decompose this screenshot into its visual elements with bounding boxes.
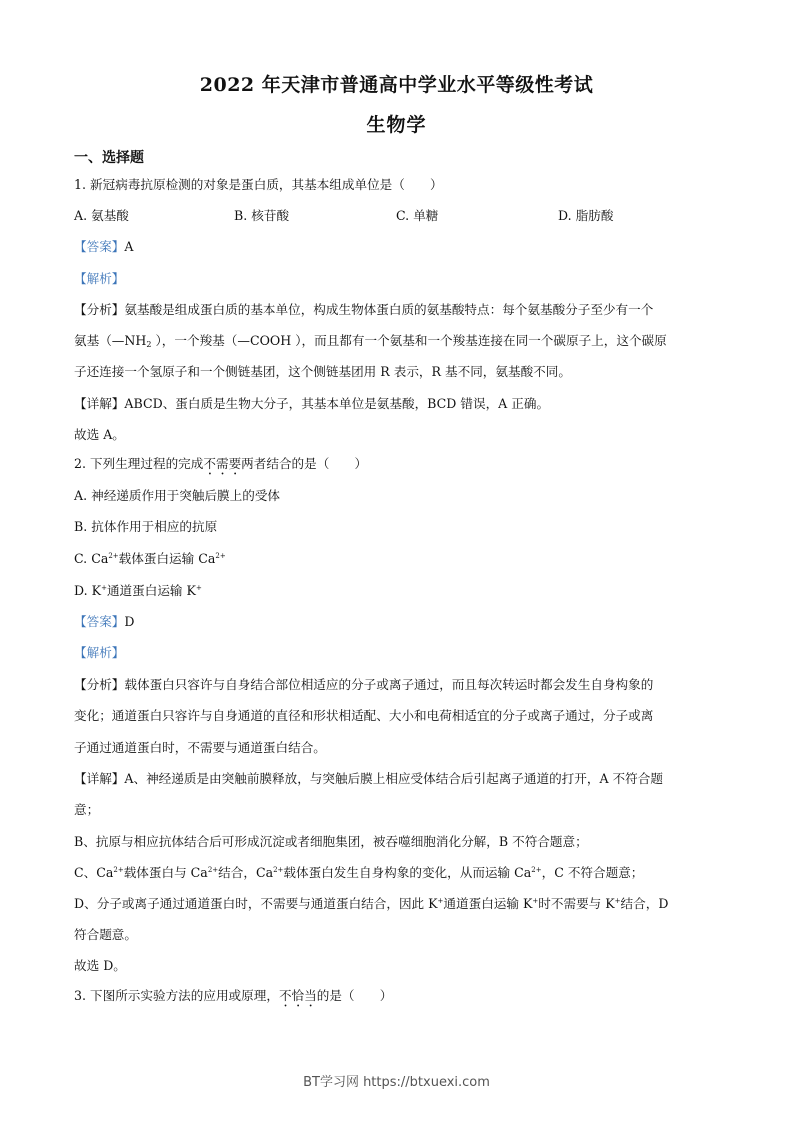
q1-fenxi-line-1: 【分析】氨基酸是组成蛋白质的基本单位，构成生物体蛋白质的氨基酸特点：每个氨基酸分… bbox=[74, 302, 653, 318]
question-1-stem: 1. 新冠病毒抗原检测的对象是蛋白质，其基本组成单位是（ ） bbox=[74, 177, 443, 193]
question-2-stem: 2. 下列生理过程的完成不需要两者结合的是（ ） bbox=[74, 456, 367, 478]
fenxi-tag: 【分析】 bbox=[74, 677, 124, 692]
q2-xiangjie-a-line-2: 意； bbox=[74, 802, 99, 818]
q1-option-a: A. 氨基酸 bbox=[74, 208, 129, 224]
q2-xiangjie-a-line-1: 【详解】A、神经递质是由突触前膜释放，与突触后膜上相应受体结合后引起离子通道的打… bbox=[74, 771, 663, 787]
q1-analysis-tag: 【解析】 bbox=[74, 271, 124, 287]
q1-conclusion: 故选 A。 bbox=[74, 427, 125, 443]
analysis-tag: 【解析】 bbox=[74, 271, 124, 286]
q2-xiangjie-d-line-1: D、分子或离子通过通道蛋白时，不需要与通道蛋白结合，因此 K+通道蛋白运输 K+… bbox=[74, 896, 668, 912]
answer-tag: 【答案】 bbox=[74, 614, 124, 629]
q1-option-b: B. 核苷酸 bbox=[234, 208, 289, 224]
q2-answer: 【答案】D bbox=[74, 614, 134, 630]
q2-analysis-tag: 【解析】 bbox=[74, 645, 124, 661]
q1-answer: 【答案】A bbox=[74, 239, 133, 255]
q2-option-b: B. 抗体作用于相应的抗原 bbox=[74, 519, 217, 535]
fenxi-tag: 【分析】 bbox=[74, 302, 124, 317]
q2-option-d: D. K+通道蛋白运输 K+ bbox=[74, 583, 202, 599]
answer-value: D bbox=[124, 614, 134, 629]
q1-fenxi-line-2: 氨基（—NH2 ），一个羧基（—COOH ），而且都有一个氨基和一个羧基连接在同… bbox=[74, 333, 667, 349]
answer-tag: 【答案】 bbox=[74, 239, 124, 254]
xiangjie-tag: 【详解】 bbox=[74, 396, 124, 411]
section-heading: 一、选择题 bbox=[74, 150, 144, 166]
q1-option-c: C. 单糖 bbox=[396, 208, 438, 224]
analysis-tag: 【解析】 bbox=[74, 645, 124, 660]
q2-xiangjie-b: B、抗原与相应抗体结合后可形成沉淀或者细胞集团，被吞噬细胞消化分解，B 不符合题… bbox=[74, 834, 588, 850]
q2-option-a: A. 神经递质作用于突触后膜上的受体 bbox=[74, 488, 280, 504]
page-subtitle: 生物学 bbox=[0, 110, 793, 137]
q2-option-c: C. Ca2+载体蛋白运输 Ca2+ bbox=[74, 551, 226, 567]
q1-fenxi-line-3: 子还连接一个氢原子和一个侧链基团，这个侧链基团用 R 表示，R 基不同，氨基酸不… bbox=[74, 364, 571, 380]
q2-fenxi-line-3: 子通过通道蛋白时，不需要与通道蛋白结合。 bbox=[74, 740, 326, 756]
q2-xiangjie-c: C、Ca2+载体蛋白与 Ca2+结合，Ca2+载体蛋白发生自身构象的变化，从而运… bbox=[74, 865, 643, 881]
xiangjie-tag: 【详解】 bbox=[74, 771, 124, 786]
q2-xiangjie-d-line-2: 符合题意。 bbox=[74, 927, 137, 943]
watermark-footer: BT学习网 https://btxuexi.com bbox=[0, 1071, 793, 1090]
question-3-stem: 3. 下图所示实验方法的应用或原理，不恰当的是（ ） bbox=[74, 988, 392, 1010]
q1-option-d: D. 脂肪酸 bbox=[558, 208, 613, 224]
emphasis-text: 不恰当 bbox=[279, 988, 317, 1003]
emphasis-text: 不需要 bbox=[203, 456, 241, 471]
q2-fenxi-line-1: 【分析】载体蛋白只容许与自身结合部位相适应的分子或离子通过，而且每次转运时都会发… bbox=[74, 677, 653, 693]
answer-value: A bbox=[124, 239, 133, 254]
page-title: 2022 年天津市普通高中学业水平等级性考试 bbox=[0, 70, 793, 97]
q2-fenxi-line-2: 变化；通道蛋白只容许与自身通道的直径和形状相适配、大小和电荷相适宜的分子或离子通… bbox=[74, 708, 653, 724]
q2-conclusion: 故选 D。 bbox=[74, 958, 126, 974]
document-page: 2022 年天津市普通高中学业水平等级性考试 生物学 一、选择题 1. 新冠病毒… bbox=[0, 0, 793, 1122]
q1-xiangjie: 【详解】ABCD、蛋白质是生物大分子，其基本单位是氨基酸，BCD 错误，A 正确… bbox=[74, 396, 549, 412]
